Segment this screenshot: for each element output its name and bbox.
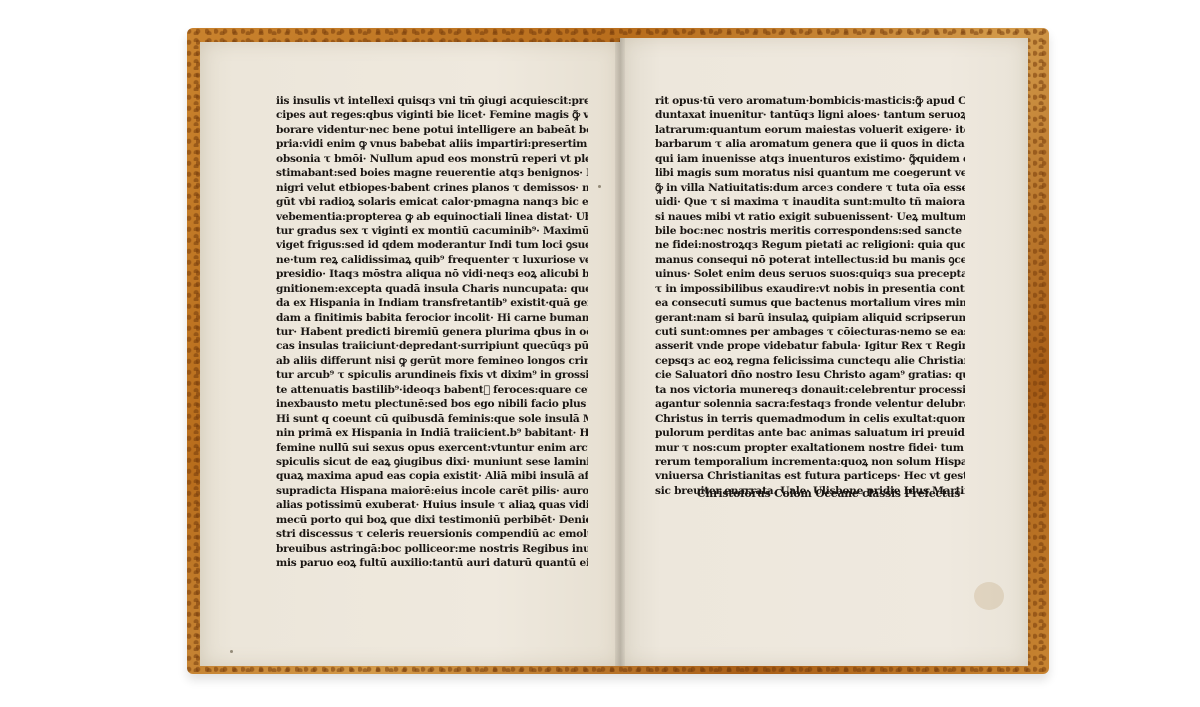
text-line: cepsqз ac eoꝝ regna felicissima cunctequ… xyxy=(655,354,965,368)
text-line: mur τ nos:cum propter exaltationem nostr… xyxy=(655,441,965,455)
text-line: iis insulis vt intellexi quisqз vni tm̄ … xyxy=(276,94,588,108)
text-line: cie Saluatori dño nostro Iesu Christo ag… xyxy=(655,368,965,382)
text-line: mecū porto qui boꝝ que dixi testimoniū p… xyxy=(276,513,588,527)
text-line: mis paruo eoꝝ fultū auxilio:tantū auri d… xyxy=(276,556,588,570)
text-line: si naues mibi vt ratio exigit subuenisse… xyxy=(655,210,965,224)
text-line: rerum temporalium incrementa:quoꝝ non so… xyxy=(655,455,965,469)
text-line: tur· Habent predicti biremiū genera plur… xyxy=(276,325,588,339)
text-line: uidi· Que τ si maxima τ inaudita sunt:mu… xyxy=(655,195,965,209)
text-line: viget frigus:sed id qdem moderantur Indi… xyxy=(276,238,588,252)
text-line: duntaxat inuenitur· tantūqз ligni aloes·… xyxy=(655,108,965,122)
text-line: breuibus astringā:boc polliceor:me nostr… xyxy=(276,542,588,556)
text-line: borare videntur·nec bene potui intellige… xyxy=(276,123,588,137)
text-line: inexbausto metu plectunē:sed bos ego nib… xyxy=(276,397,588,411)
text-line: asserit vnde prope videbatur fabula· Igi… xyxy=(655,339,965,353)
text-line: femine nullū sui sexus opus exercent:vtu… xyxy=(276,441,588,455)
text-line: presidio· Itaqз mōstra aliqua nō vidi·ne… xyxy=(276,267,588,281)
text-line: manus consequi nō poterat intellectus:id… xyxy=(655,253,965,267)
text-line: spiculis sicut de eaꝝ ꝯiugibus dixi· mun… xyxy=(276,455,588,469)
text-line: gerant:nam si barū insulaꝝ quipiam aliqu… xyxy=(655,311,965,325)
text-line: vniuersa Christianitas est futura partic… xyxy=(655,469,965,483)
text-line: tur gradus sex τ viginti ex montiū cacum… xyxy=(276,224,588,238)
paper-speck xyxy=(230,650,233,653)
text-line: te attenuatis bastilib⁹·ideoqз babentᷓ f… xyxy=(276,383,588,397)
text-line: τ in impossibilibus exaudire:vt nobis in… xyxy=(655,282,965,296)
text-line: cipes aut reges:qbus viginti bie licet· … xyxy=(276,108,588,122)
text-line: tur arcub⁹ τ spiculis arundineis fixis v… xyxy=(276,368,588,382)
text-line: stri discessus τ celeris reuersionis com… xyxy=(276,527,588,541)
text-line: gnitionem:excepta quadā insula Charis nu… xyxy=(276,282,588,296)
book-gutter xyxy=(615,38,625,666)
paper-speck xyxy=(598,185,601,188)
text-line: rit opus·tū vero aromatum·bombicis·masti… xyxy=(655,94,965,108)
text-line: nin primā ex Hispania in Indiā traiicien… xyxy=(276,426,588,440)
text-line: libi magis sum moratus nisi quantum me c… xyxy=(655,166,965,180)
text-line: qui iam inuenisse atqз inuenturos existi… xyxy=(655,152,965,166)
text-line: bile boc:nec nostris meritis corresponde… xyxy=(655,224,965,238)
text-line: pria:vidi enim ꝙ vnus babebat aliis impa… xyxy=(276,137,588,151)
text-line: cuti sunt:omnes per ambages τ cōiecturas… xyxy=(655,325,965,339)
text-line: quaꝝ maxima apud eas copia existit· Aliā… xyxy=(276,469,588,483)
text-line: gūt vbi radioꝝ solaris emicat calor·pmag… xyxy=(276,195,588,209)
text-line: stimabant:sed boies magne reuerentie atq… xyxy=(276,166,588,180)
text-line: supradicta Hispana maiorē:eius incole ca… xyxy=(276,484,588,498)
text-line: pulorum perditas ante bac animas saluatu… xyxy=(655,426,965,440)
text-line: Christus in terris quemadmodum in celis … xyxy=(655,412,965,426)
text-line: latrarum:quantum eorum maiestas voluerit… xyxy=(655,123,965,137)
text-line: ea consecuti sumus que bactenus mortaliu… xyxy=(655,296,965,310)
text-line: alias potissimū exuberat· Huius insule τ… xyxy=(276,498,588,512)
text-line: agantur solennia sacra:festaqз fronde ve… xyxy=(655,397,965,411)
paper-stain xyxy=(974,582,1004,610)
text-line: nigri velut etbiopes·babent crines plano… xyxy=(276,181,588,195)
text-line: obsonia τ bmōi· Nullum apud eos monstrū … xyxy=(276,152,588,166)
text-line: uinus· Solet enim deus seruos suos:quiqз… xyxy=(655,267,965,281)
text-line: ne·tum reꝝ calidissimaꝝ quib⁹ frequenter… xyxy=(276,253,588,267)
text-line: dam a finitimis babita ferocior incolit·… xyxy=(276,311,588,325)
text-line: barbarum τ alia aromatum genera que ii q… xyxy=(655,137,965,151)
text-line: ne fidei:nostroꝝqз Regum pietati ac reli… xyxy=(655,238,965,252)
signature-line: Christoforus Colom Oceane classis Prefec… xyxy=(697,487,964,500)
text-line: ꝙ̃ in villa Natiuitatis:dum arceз conder… xyxy=(655,181,965,195)
text-line: cas insulas traiiciunt·depredant·surripi… xyxy=(276,339,588,353)
text-line: ab aliis differunt nisi ꝙ gerūt more fem… xyxy=(276,354,588,368)
right-page-text: rit opus·tū vero aromatum·bombicis·masti… xyxy=(655,94,965,498)
text-line: Hi sunt q coeunt cū quibusdā feminis:que… xyxy=(276,412,588,426)
text-line: ta nos victoria munereqз donauit:celebre… xyxy=(655,383,965,397)
text-line: da ex Hispania in Indiam transfretantib⁹… xyxy=(276,296,588,310)
text-line: vebementia:propterea ꝙ ab equinoctiali l… xyxy=(276,210,588,224)
left-page-text: iis insulis vt intellexi quisqз vni tm̄ … xyxy=(276,94,588,570)
